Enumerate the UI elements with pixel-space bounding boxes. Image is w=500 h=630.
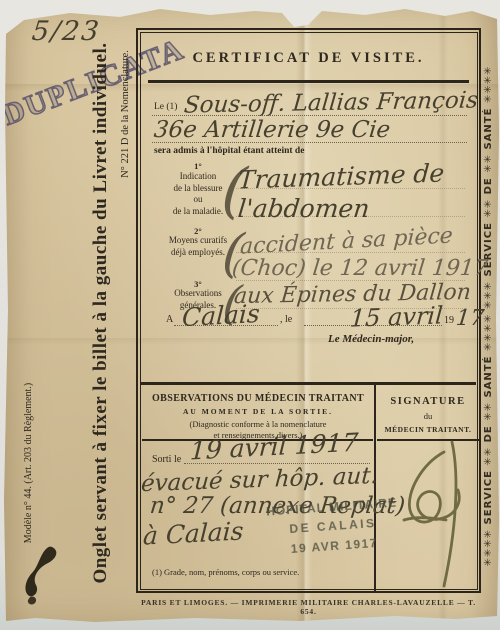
service-de-sante-edge-text: ✳✳✳✳ SERVICE ✳✳ DE ✳✳ SANTÉ ✳✳✳✳ ✳✳✳ SER… xyxy=(483,6,499,626)
signature-medecin: MÉDECIN TRAITANT. xyxy=(378,425,478,434)
signature-header: SIGNATURE du MÉDECIN TRAITANT. xyxy=(378,396,478,434)
field2-value-line1: accident à sa pièce xyxy=(239,223,453,259)
modele-vertical-text: Modèle n° 44. (Art. 203 du Règlement.) xyxy=(23,352,37,574)
evacuation-note-line3: à Calais xyxy=(142,516,244,550)
field1-value-line2: l'abdomen xyxy=(236,194,370,223)
ink-blot xyxy=(22,545,74,607)
field1-value-line1: Traumatisme de xyxy=(237,158,445,194)
date-label: , le xyxy=(280,314,292,325)
title-rule xyxy=(148,80,469,83)
paper-sheet: 5/23 DUPLICATA Onglet servant à fixer le… xyxy=(0,0,500,630)
soldier-name-handwritten: Sous-off. Lallias François xyxy=(183,87,479,118)
certificate-title: CERTIFICAT DE VISITE. xyxy=(138,50,479,67)
signature-title: SIGNATURE xyxy=(378,396,478,407)
place-handwritten: Calais xyxy=(181,299,260,332)
nomenclature-vertical-text: N° 221 D de la Nomenclature. xyxy=(120,30,134,198)
admis-text: sera admis à l'hôpital étant atteint de xyxy=(154,146,304,156)
onglet-vertical-text: Onglet servant à fixer le billet à la ga… xyxy=(90,20,116,606)
medecin-major-label: Le Médecin-major, xyxy=(328,333,414,345)
year-handwritten: 17 xyxy=(455,306,486,331)
certificate-form: CERTIFICAT DE VISITE. Le (1) Sous-off. L… xyxy=(136,28,481,593)
observations-subtitle: AU MOMENT DE LA SORTIE. xyxy=(144,407,372,416)
doctor-signature xyxy=(382,434,474,592)
observations-title: OBSERVATIONS DU MÉDECIN TRAITANT xyxy=(144,393,372,404)
field2-value-line2: (Choc) le 12 avril 1917 xyxy=(231,256,490,281)
date-handwritten: 15 avril xyxy=(349,301,444,332)
printer-imprint: PARIS ET LIMOGES. — IMPRIMERIE MILITAIRE… xyxy=(136,598,481,616)
year-printed: 19 xyxy=(444,315,454,326)
observations-note-line1: (Diagnostic conforme à la nomenclature xyxy=(190,419,327,429)
footnote: (1) Grade, nom, prénoms, corps ou servic… xyxy=(152,567,299,577)
unit-handwritten: 36e Artillerie 9e Cie xyxy=(153,117,392,143)
signature-du: du xyxy=(378,411,478,421)
sorti-label: Sorti le xyxy=(152,454,181,465)
scanned-certificate: 5/23 DUPLICATA Onglet servant à fixer le… xyxy=(0,0,500,630)
place-label: A xyxy=(166,314,173,325)
section-divider xyxy=(141,382,476,385)
le-label: Le (1) xyxy=(154,102,177,112)
